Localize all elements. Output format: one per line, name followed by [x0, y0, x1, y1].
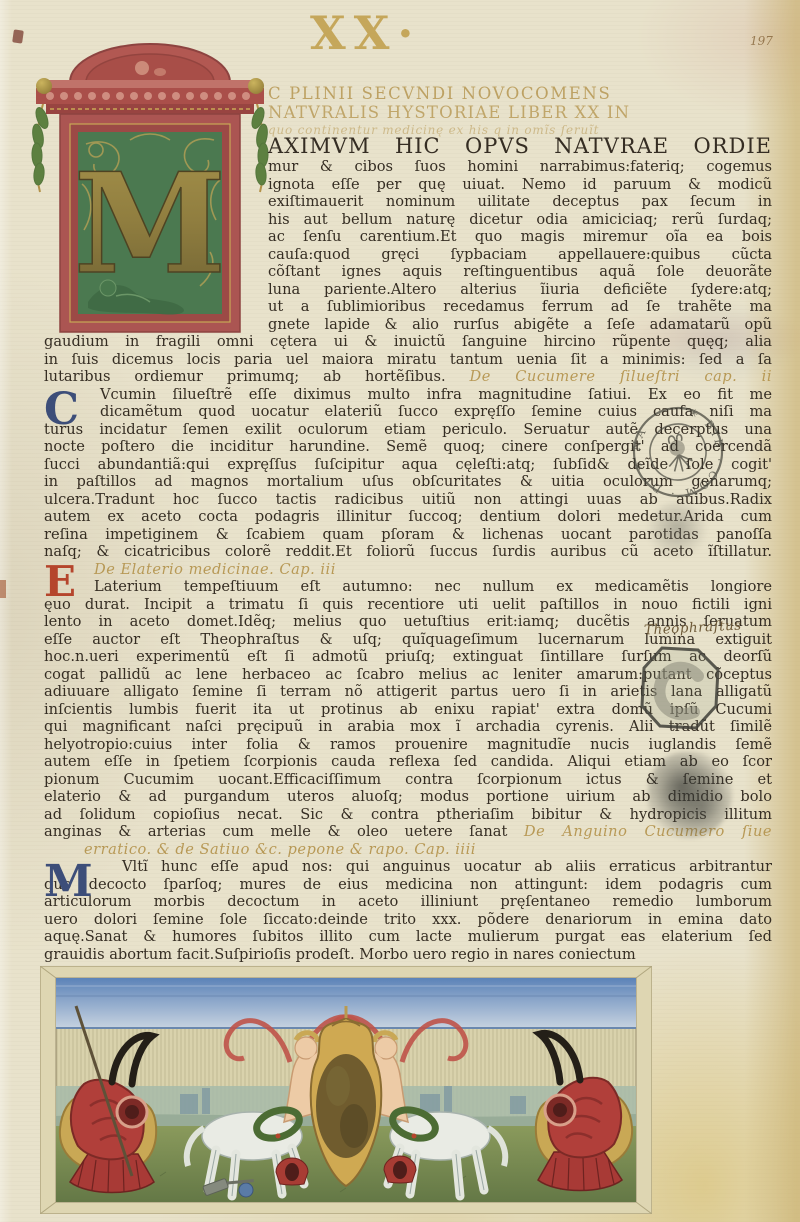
text-line: Vltĩ hunc eſſe apud nos: qui anguinus uo…	[122, 858, 772, 876]
stamp-flower	[662, 433, 694, 475]
text-line-end: lutaribus ordiemur primumq; ab hortẽſibu…	[44, 368, 446, 385]
paragraph-4: M Vltĩ hunc eſſe apud nos: qui anguinus …	[44, 858, 772, 963]
book-number: XX·	[310, 6, 421, 60]
folio-number: 197	[750, 34, 773, 48]
gold-finial-left	[36, 78, 52, 94]
chapter-heading-anguino: De Anguino Cucumero ſiue	[524, 823, 772, 840]
text-line: ignota eſſe per quę uiuat. Nemo id paruu…	[268, 176, 772, 194]
gold-finial-right	[248, 78, 264, 94]
chapter-heading-elaterio: De Elaterio medicinae. Cap. iii	[94, 561, 772, 579]
text-line: cõſtant ignes aquis reſtinguentibus aquã…	[268, 263, 772, 281]
paragraph-1: AXIMVM HIC OPVS NATVRAE ORDIE mur & cibo…	[44, 134, 772, 386]
helmet-left	[276, 1158, 308, 1185]
text-line: grauidis abortum facit.Suſpirioſis prode…	[44, 946, 772, 964]
text-line: ac ſenſu carentium.Et quo magis miremur …	[268, 228, 772, 246]
text-line: ęuo durat. Incipit a trimatu ſi quis rec…	[44, 596, 772, 614]
text-line: Laterium tempeſtiuum eſt autumno: nec nu…	[94, 578, 772, 596]
text-line: gaudium in fragili omni cętera ui & inui…	[44, 333, 772, 351]
text-line: articulorum morbis decoctum in aceto ill…	[44, 893, 772, 911]
edge-stain	[0, 580, 6, 598]
chapter-header: C PLINII SECVNDI NOVOCOMENS NATVRALIS HY…	[268, 84, 748, 138]
text-line: cauſa:quod gręci ſypbaciam appellauere:q…	[268, 246, 772, 264]
chapter-heading-anguino-2: erratico. & de Satiuo &c. pepone & rapo.…	[84, 841, 772, 859]
text-line: gnete lapide & alio rurſus abigẽte a ſeſ…	[268, 316, 772, 334]
drop-cap-m: M	[44, 860, 93, 904]
text-line: uero dolori ſemine ſole ſiccato:deinde t…	[44, 911, 772, 929]
text-line: helyotropio:cuius inter folia & ramos pr…	[44, 736, 772, 754]
manuscript-page: XX· 197	[0, 0, 800, 1222]
helmet-right	[384, 1156, 416, 1183]
embossed-octagon-stamp	[636, 644, 724, 734]
drop-cap-e: E	[44, 561, 76, 603]
text-line: quo decocto ſparſoq; mures de eius medic…	[44, 876, 772, 894]
text-line: lutaribus ordiemur primumq; ab hortẽſibu…	[44, 368, 772, 386]
text-line: his aut bellum naturę dicetur odia amici…	[268, 211, 772, 229]
text-line-end: anginas & arterias cum melle & oleo uete…	[44, 823, 507, 840]
text-line: mur & cibos ſuos homini narrabimus:fater…	[268, 158, 772, 176]
pediment-arch	[70, 44, 230, 82]
chapter-heading-cucumere: De Cucumere ſilueſtri cap. ii	[470, 368, 772, 385]
bas-de-page-miniature	[40, 966, 652, 1214]
text-line: exiſtimauerit nominum uilitate deceptus …	[268, 193, 772, 211]
relief-figure	[135, 61, 149, 75]
text-line: Vcumin ſilueſtrẽ eſſe diximus multo infr…	[100, 386, 772, 404]
header-line-1: C PLINII SECVNDI NOVOCOMENS	[268, 84, 748, 103]
text-line: luna pariente.Altero alterius ĩiuria def…	[268, 281, 772, 299]
cornice	[36, 78, 264, 114]
text-line: aquę.Sanat & humores ſubitos illito cum …	[44, 928, 772, 946]
ink-smudge	[646, 502, 708, 560]
text-line: AXIMVM HIC OPVS NATVRAE ORDIE	[268, 134, 772, 158]
text-line: ut a ſublimioribus recedamus ferrum ad ſ…	[268, 298, 772, 316]
drop-cap-c: C	[44, 388, 79, 432]
text-line: in ſuis dicemus locis paria uel maiora m…	[44, 351, 772, 369]
blue-ball	[239, 1183, 253, 1197]
header-line-2: NATVRALIS HYSTORIAE LIBER XX IN	[268, 103, 748, 122]
ink-blemish	[12, 29, 24, 43]
